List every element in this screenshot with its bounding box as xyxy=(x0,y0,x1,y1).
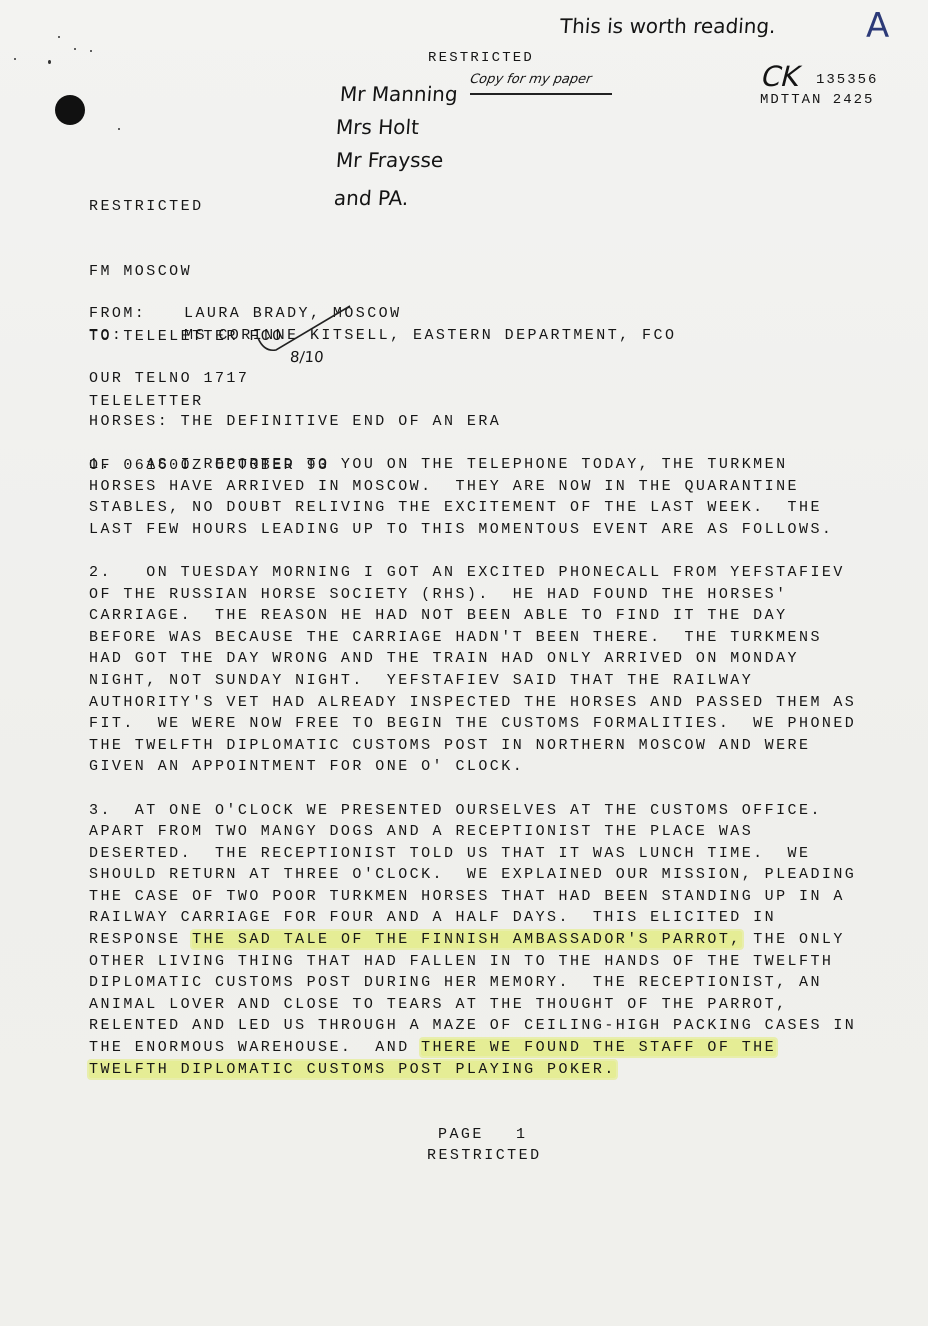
text-line: 2. ON TUESDAY MORNING I GOT AN EXCITED P… xyxy=(89,562,856,584)
text-segment: STABLES, NO DOUBT RELIVING THE EXCITEMEN… xyxy=(89,499,822,516)
paragraph-1: 1. AS I REPORTED TO YOU ON THE TELEPHONE… xyxy=(89,454,856,562)
handwritten-note: This is worth reading. xyxy=(559,14,776,38)
text-segment: THE CASE OF TWO POOR TURKMEN HORSES THAT… xyxy=(89,888,845,905)
text-line: SHOULD RETURN AT THREE O'CLOCK. WE EXPLA… xyxy=(89,864,856,886)
text-line: RAILWAY CARRIAGE FOR FOUR AND A HALF DAY… xyxy=(89,907,856,929)
handwritten-letter-mark: A xyxy=(866,6,889,46)
text-segment: NIGHT, NOT SUNDAY NIGHT. YEFSTAFIEV SAID… xyxy=(89,672,753,689)
subject: HORSES: THE DEFINITIVE END OF AN ERA xyxy=(89,411,501,433)
highlighted-text: THE SAD TALE OF THE FINNISH AMBASSADOR'S… xyxy=(192,931,742,948)
text-line: AUTHORITY'S VET HAD ALREADY INSPECTED TH… xyxy=(89,692,856,714)
paragraph-gap xyxy=(89,778,856,800)
text-line: THE TWELFTH DIPLOMATIC CUSTOMS POST IN N… xyxy=(89,735,856,757)
text-segment: THE TWELFTH DIPLOMATIC CUSTOMS POST IN N… xyxy=(89,737,810,754)
distribution-item: Mr Fraysse xyxy=(335,148,444,172)
paragraph-gap xyxy=(89,1080,856,1102)
header-line: FM MOSCOW xyxy=(89,261,329,283)
text-line: TWELFTH DIPLOMATIC CUSTOMS POST PLAYING … xyxy=(89,1059,856,1081)
text-segment: SHOULD RETURN AT THREE O'CLOCK. WE EXPLA… xyxy=(89,866,856,883)
text-segment: THE ONLY xyxy=(742,931,845,948)
speck xyxy=(14,58,16,60)
text-line: OF THE RUSSIAN HORSE SOCIETY (RHS). HE H… xyxy=(89,584,856,606)
text-line: FIT. WE WERE NOW FREE TO BEGIN THE CUSTO… xyxy=(89,713,856,735)
text-segment: BEFORE WAS BECAUSE THE CARRIAGE HADN'T B… xyxy=(89,629,822,646)
footer-classification: RESTRICTED xyxy=(427,1145,542,1167)
speck xyxy=(90,50,92,52)
punch-hole xyxy=(55,95,85,125)
from-label: FROM: xyxy=(89,303,146,325)
text-line: 1. AS I REPORTED TO YOU ON THE TELEPHONE… xyxy=(89,454,856,476)
footer-page-number: 1 xyxy=(516,1124,527,1146)
text-segment: AUTHORITY'S VET HAD ALREADY INSPECTED TH… xyxy=(89,694,856,711)
text-segment: HORSES HAVE ARRIVED IN MOSCOW. THEY ARE … xyxy=(89,478,799,495)
text-line: LAST FEW HOURS LEADING UP TO THIS MOMENT… xyxy=(89,519,856,541)
text-segment: DESERTED. THE RECEPTIONIST TOLD US THAT … xyxy=(89,845,810,862)
distribution-item: and PA. xyxy=(333,186,409,210)
distribution-overwrite: Copy for my paper xyxy=(467,72,594,87)
text-line: DESERTED. THE RECEPTIONIST TOLD US THAT … xyxy=(89,843,856,865)
text-segment: FIT. WE WERE NOW FREE TO BEGIN THE CUSTO… xyxy=(89,715,856,732)
text-line: RESPONSE THE SAD TALE OF THE FINNISH AMB… xyxy=(89,929,856,951)
document-page: This is worth reading. A CK Mr Manning C… xyxy=(0,0,928,1326)
speck xyxy=(58,36,60,38)
text-segment: APART FROM TWO MANGY DOGS AND A RECEPTIO… xyxy=(89,823,753,840)
handwritten-initials: CK xyxy=(758,60,804,93)
telno: OUR TELNO 1717 xyxy=(89,368,249,390)
text-line: DIPLOMATIC CUSTOMS POST DURING HER MEMOR… xyxy=(89,972,856,994)
text-segment: GIVEN AN APPOINTMENT FOR ONE O' CLOCK. xyxy=(89,758,524,775)
text-line: NIGHT, NOT SUNDAY NIGHT. YEFSTAFIEV SAID… xyxy=(89,670,856,692)
footer-page-label: PAGE xyxy=(438,1124,484,1146)
text-line: 3. AT ONE O'CLOCK WE PRESENTED OURSELVES… xyxy=(89,800,856,822)
reference-number: 135356 xyxy=(816,70,878,92)
to-label: TO: xyxy=(89,325,123,347)
text-line: BEFORE WAS BECAUSE THE CARRIAGE HADN'T B… xyxy=(89,627,856,649)
text-segment: RELENTED AND LED US THROUGH A MAZE OF CE… xyxy=(89,1017,856,1034)
paragraph-3: 3. AT ONE O'CLOCK WE PRESENTED OURSELVES… xyxy=(89,800,856,1102)
text-segment: RESPONSE xyxy=(89,931,192,948)
text-segment: DIPLOMATIC CUSTOMS POST DURING HER MEMOR… xyxy=(89,974,822,991)
text-line: GIVEN AN APPOINTMENT FOR ONE O' CLOCK. xyxy=(89,756,856,778)
header-line: TELELETTER xyxy=(89,391,329,413)
highlighted-text: THERE WE FOUND THE STAFF OF THE xyxy=(421,1039,776,1056)
handwritten-date: 8/10 xyxy=(289,348,324,366)
text-line: APART FROM TWO MANGY DOGS AND A RECEPTIO… xyxy=(89,821,856,843)
text-segment: ANIMAL LOVER AND CLOSE TO TEARS AT THE T… xyxy=(89,996,788,1013)
text-segment: CARRIAGE. THE REASON HE HAD NOT BEEN ABL… xyxy=(89,607,788,624)
highlighted-text: TWELFTH DIPLOMATIC CUSTOMS POST PLAYING … xyxy=(89,1061,616,1078)
paragraph-gap xyxy=(89,540,856,562)
speck xyxy=(118,128,120,130)
paragraph-2: 2. ON TUESDAY MORNING I GOT AN EXCITED P… xyxy=(89,562,856,800)
text-segment: HAD GOT THE DAY WRONG AND THE TRAIN HAD … xyxy=(89,650,799,667)
text-line: THE ENORMOUS WAREHOUSE. AND THERE WE FOU… xyxy=(89,1037,856,1059)
text-segment: 1. AS I REPORTED TO YOU ON THE TELEPHONE… xyxy=(89,456,788,473)
strike-line xyxy=(470,93,612,95)
text-segment: OTHER LIVING THING THAT HAD FALLEN IN TO… xyxy=(89,953,833,970)
text-segment: RAILWAY CARRIAGE FOR FOUR AND A HALF DAY… xyxy=(89,909,776,926)
classification-top: RESTRICTED xyxy=(428,48,534,70)
text-line: CARRIAGE. THE REASON HE HAD NOT BEEN ABL… xyxy=(89,605,856,627)
header-line: RESTRICTED xyxy=(89,196,329,218)
distribution-item: Mr Manning xyxy=(339,82,458,106)
message-body: 1. AS I REPORTED TO YOU ON THE TELEPHONE… xyxy=(89,454,856,1102)
speck xyxy=(48,60,51,64)
text-line: HORSES HAVE ARRIVED IN MOSCOW. THEY ARE … xyxy=(89,476,856,498)
distribution-item: Mrs Holt xyxy=(335,115,420,139)
text-segment: OF THE RUSSIAN HORSE SOCIETY (RHS). HE H… xyxy=(89,586,788,603)
text-line: RELENTED AND LED US THROUGH A MAZE OF CE… xyxy=(89,1015,856,1037)
text-segment: THE ENORMOUS WAREHOUSE. AND xyxy=(89,1039,421,1056)
text-line: HAD GOT THE DAY WRONG AND THE TRAIN HAD … xyxy=(89,648,856,670)
text-segment: LAST FEW HOURS LEADING UP TO THIS MOMENT… xyxy=(89,521,833,538)
text-line: THE CASE OF TWO POOR TURKMEN HORSES THAT… xyxy=(89,886,856,908)
text-segment: 2. ON TUESDAY MORNING I GOT AN EXCITED P… xyxy=(89,564,845,581)
text-segment: 3. AT ONE O'CLOCK WE PRESENTED OURSELVES… xyxy=(89,802,822,819)
reference-code: MDTTAN 2425 xyxy=(760,90,874,112)
speck xyxy=(74,48,76,50)
text-line: ANIMAL LOVER AND CLOSE TO TEARS AT THE T… xyxy=(89,994,856,1016)
text-line: OTHER LIVING THING THAT HAD FALLEN IN TO… xyxy=(89,951,856,973)
text-line: STABLES, NO DOUBT RELIVING THE EXCITEMEN… xyxy=(89,497,856,519)
